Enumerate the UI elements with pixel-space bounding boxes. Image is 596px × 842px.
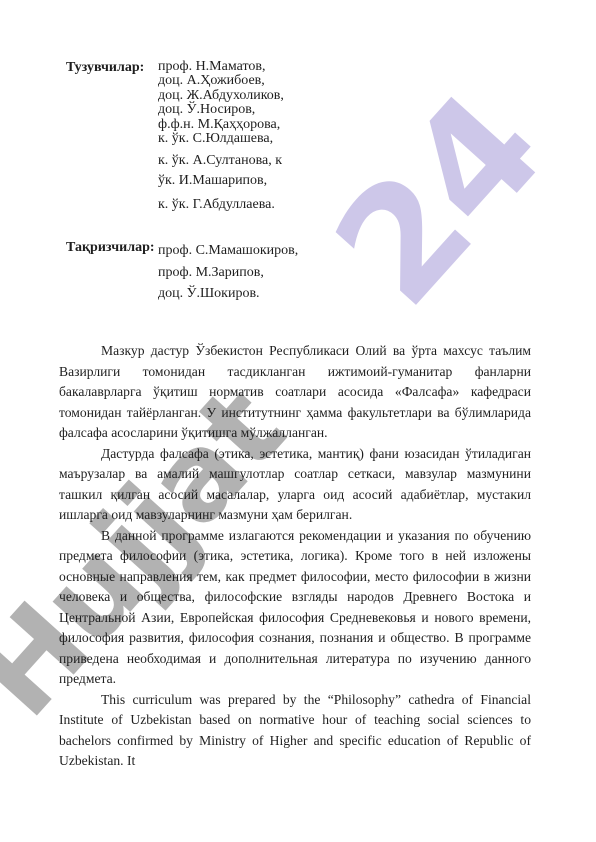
compilers-group-tight: проф. Н.Маматов, доц. А.Ҳожибоев, доц. Ж… bbox=[158, 60, 284, 146]
compiler-name: проф. Н.Маматов, bbox=[158, 60, 284, 74]
reviewer-name: доц. Ў.Шокиров. bbox=[158, 283, 298, 305]
paragraph-uzbek-program: Дастурда фалсафа (этика, эстетика, манти… bbox=[59, 444, 531, 526]
page-content: Тузувчилар: проф. Н.Маматов, доц. А.Ҳожи… bbox=[0, 0, 596, 842]
compiler-name: к. ўк. Г.Абдуллаева. bbox=[158, 198, 284, 212]
compiler-name: ўк. И.Машарипов, bbox=[158, 174, 284, 188]
body-text-block: Мазкур дастур Ўзбекистон Республикаси Ол… bbox=[59, 341, 531, 772]
compiler-name: к. ўк. А.Султанова, к bbox=[158, 154, 284, 168]
document-page: Hujjat 24 Тузувчилар: проф. Н.Маматов, д… bbox=[0, 0, 596, 842]
compiler-name: доц. Ў.Носиров, bbox=[158, 103, 284, 117]
reviewer-name: проф. М.Зарипов, bbox=[158, 262, 298, 284]
compilers-label: Тузувчилар: bbox=[66, 60, 144, 76]
reviewer-name: проф. С.Мамашокиров, bbox=[158, 240, 298, 262]
reviewers-name-list: проф. С.Мамашокиров, проф. М.Зарипов, до… bbox=[158, 240, 298, 305]
reviewers-label: Тақризчилар: bbox=[66, 240, 155, 256]
paragraph-uzbek-intro: Мазкур дастур Ўзбекистон Республикаси Ол… bbox=[59, 341, 531, 444]
compilers-group-loose: к. ўк. А.Султанова, к ўк. И.Машарипов, к… bbox=[158, 154, 284, 212]
paragraph-english: This curriculum was prepared by the “Phi… bbox=[59, 690, 531, 772]
compiler-name: доц. А.Ҳожибоев, bbox=[158, 74, 284, 88]
compiler-name: ф.ф.н. М.Қаҳҳорова, bbox=[158, 118, 284, 132]
compiler-name: к. ўк. С.Юлдашева, bbox=[158, 132, 284, 146]
compilers-name-list: проф. Н.Маматов, доц. А.Ҳожибоев, доц. Ж… bbox=[158, 60, 284, 213]
paragraph-russian: В данной программе излагаются рекомендац… bbox=[59, 526, 531, 690]
